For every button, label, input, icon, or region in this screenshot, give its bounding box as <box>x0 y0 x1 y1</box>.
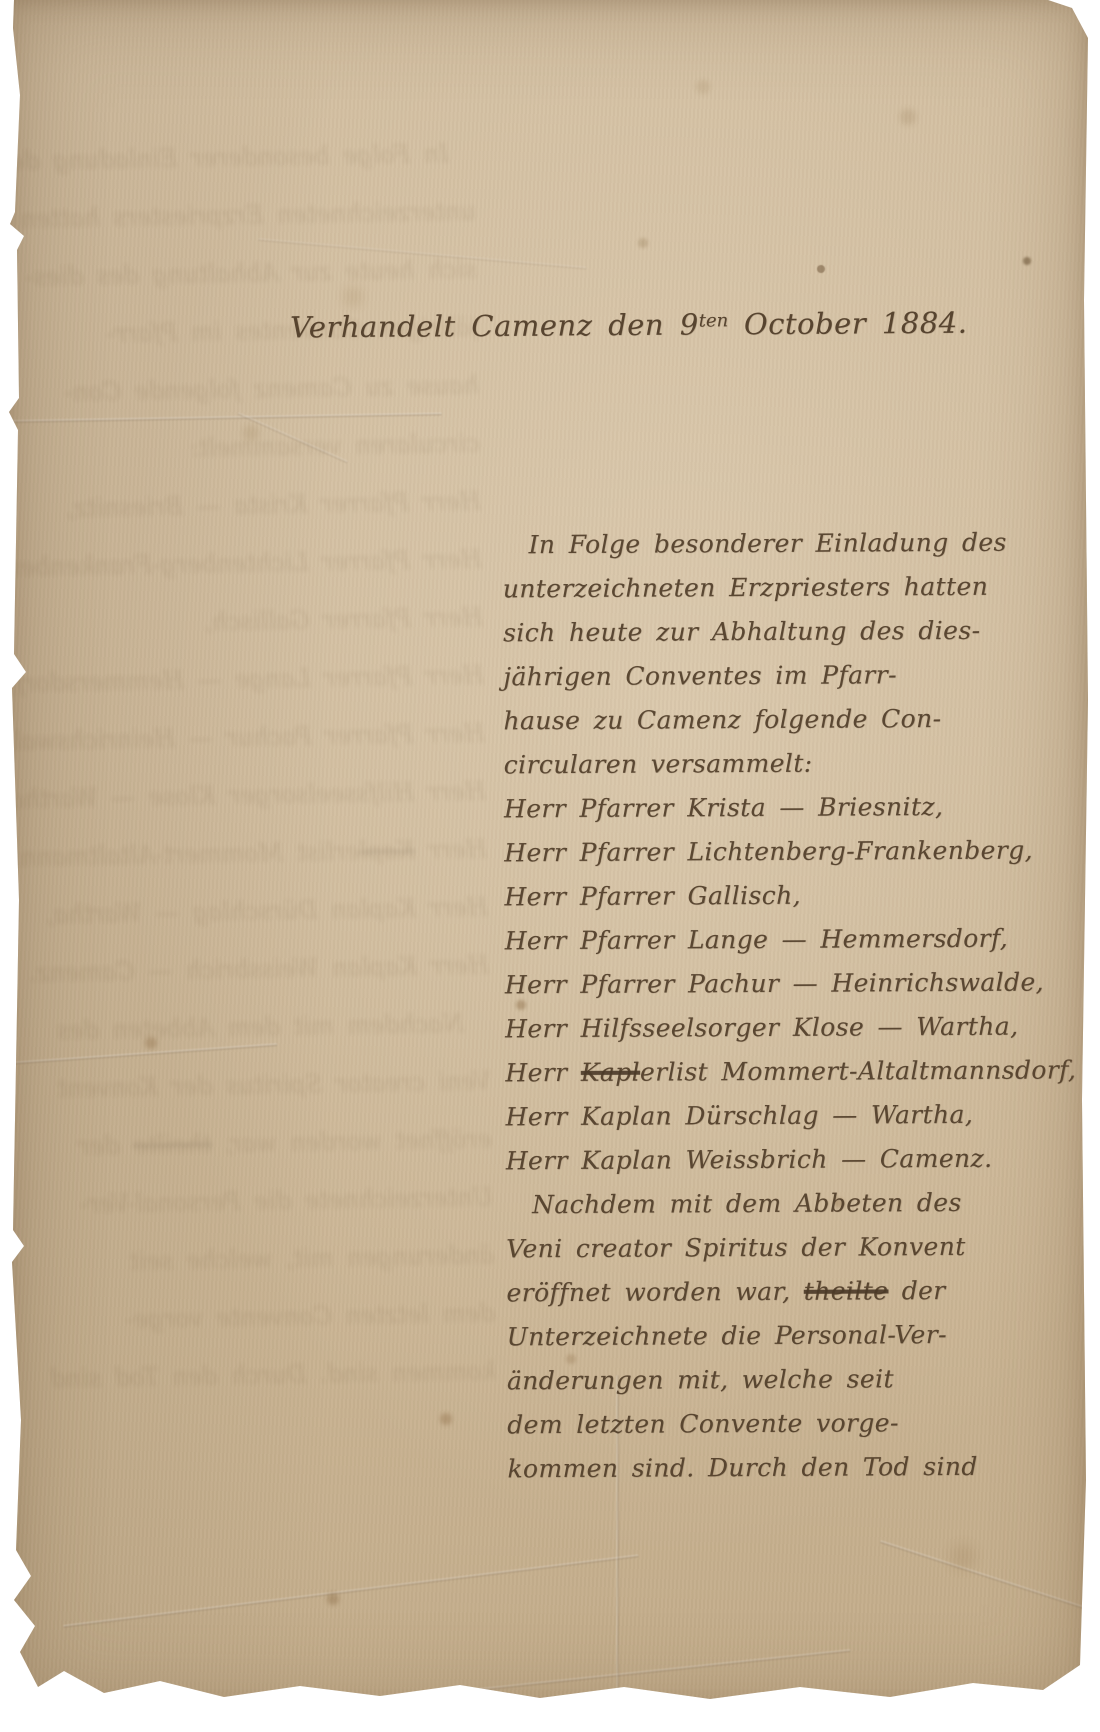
line-text: In Folge besonderer Einladung des <box>4 139 449 175</box>
line-text: sich heute zur Abhaltung des dies- <box>503 616 980 647</box>
text-line: dem letzten Convente vorge- <box>25 1284 496 1350</box>
text-line: Herr Pfarrer Lange — Hemmersdorf, <box>505 917 1010 964</box>
line-text: Herr Hilfsseelsorger Klose — Wartha, <box>4 777 486 813</box>
line-text: Herr <box>415 835 487 864</box>
line-text: erlist Mommert-Altaltmannsdorf, <box>640 1055 1076 1086</box>
fold-crease <box>423 1649 851 1697</box>
line-text: kommen sind. Durch den Tod sind <box>50 1357 496 1393</box>
foxing-stains <box>8 0 14 6</box>
line-text: Herr Kaplan Dürschlag — Wartha, <box>46 893 488 929</box>
line-text: Veni creator Spiritus der Konvent <box>58 1067 492 1103</box>
line-text: Herr Pfarrer Gallisch, <box>204 603 483 636</box>
strikethrough-text: Kapl <box>581 1058 640 1087</box>
text-line: Nachdem mit dem Abbeten des <box>19 994 490 1060</box>
text-line: Veni creator Spiritus der Konvent <box>506 1225 1011 1272</box>
line-text: eröffnet worden war, <box>212 1125 493 1158</box>
line-text: sich heute zur Abhaltung des dies- <box>25 255 477 291</box>
text-line: änderungen mit, welche seit <box>507 1357 1012 1404</box>
text-line: Herr Kaplan Dürschlag — Wartha, <box>17 878 488 944</box>
line-text: Herr Pfarrer Lichtenberg-Frankenberg, <box>4 545 482 582</box>
line-text: kommen sind. Durch den Tod sind <box>507 1452 977 1483</box>
text-line: circularen versammelt: <box>504 741 1009 788</box>
line-text: Unterzeichnete die Personal-Ver- <box>80 1183 493 1218</box>
text-line: Herr Pfarrer Gallisch, <box>504 873 1009 920</box>
scan-background: In Folge besonderer Einladung des unterz… <box>0 0 1100 1732</box>
line-text: änderungen mit, welche seit <box>129 1241 494 1275</box>
line-text: Herr Pfarrer Pachur — Heinrichswalde, <box>505 967 1044 999</box>
dateline: Verhandelt Camenz den 9ten October 1884. <box>290 306 968 345</box>
line-text: dem letzten Convente vorge- <box>507 1408 899 1439</box>
text-line: Herr Pfarrer Lange — Hemmersdorf, <box>13 646 484 712</box>
text-line: Herr Pfarrer Lichtenberg-Frankenberg, <box>504 829 1009 876</box>
text-line: Unterzeichnete die Personal-Ver- <box>507 1313 1012 1360</box>
line-text: Herr Pfarrer Lange — Hemmersdorf, <box>8 661 484 697</box>
text-line: Herr Hilfsseelsorger Klose — Wartha, <box>15 762 486 828</box>
text-line: Herr Kaplerlist Mommert-Altaltmannsdorf, <box>16 820 487 886</box>
text-line: Unterzeichnete die Personal-Ver- <box>23 1168 494 1234</box>
line-text: Unterzeichnete die Personal-Ver- <box>507 1320 947 1351</box>
line-text: In Folge besonderer Einladung des <box>529 528 1007 560</box>
text-line: Herr Pfarrer Lichtenberg-Frankenberg, <box>11 530 482 596</box>
text-line: Herr Hilfsseelsorger Klose — Wartha, <box>505 1005 1010 1052</box>
line-text: der <box>888 1276 945 1305</box>
line-text: jährigen Conventes im Pfarr- <box>503 660 897 691</box>
line-text: circularen versammelt: <box>504 749 813 780</box>
line-text: Nachdem mit dem Abbeten des <box>57 1009 464 1044</box>
line-text: hause zu Camenz folgende Con- <box>65 371 480 406</box>
line-text: Herr Pfarrer Gallisch, <box>504 881 801 912</box>
line-text: Herr Pfarrer Krista — Briesnitz, <box>66 487 481 522</box>
text-line: In Folge besonderer Einladung des <box>502 521 1007 568</box>
text-line: Herr Pfarrer Krista — Briesnitz, <box>10 472 481 538</box>
line-text: Veni creator Spiritus der Konvent <box>506 1232 966 1263</box>
text-line: kommen sind. Durch den Tod sind <box>26 1342 497 1408</box>
text-line: dem letzten Convente vorge- <box>507 1401 1012 1448</box>
line-text: Herr Pfarrer Lange — Hemmersdorf, <box>505 924 1009 956</box>
line-text: Herr Kaplan Dürschlag — Wartha, <box>506 1100 974 1131</box>
line-text: Herr Kaplan Weissbrich — Camenz. <box>29 951 489 987</box>
body-text-block: In Folge besonderer Einladung des unterz… <box>502 521 1012 1492</box>
text-line: eröffnet worden war, theilte der <box>22 1110 493 1176</box>
line-text: änderungen mit, welche seit <box>507 1364 894 1395</box>
dateline-superscript: ten <box>699 310 729 331</box>
text-line: Herr Pfarrer Pachur — Heinrichswalde, <box>505 961 1010 1008</box>
line-text: dem letzten Convente vorge- <box>126 1299 496 1333</box>
text-line: änderungen mit, welche seit <box>24 1226 495 1292</box>
strikethrough-text: theilte <box>804 1276 889 1305</box>
text-line: hause zu Camenz folgende Con- <box>503 697 1008 744</box>
manuscript-page: In Folge besonderer Einladung des unterz… <box>8 0 1088 1712</box>
text-line: Nachdem mit dem Abbeten des <box>506 1181 1011 1228</box>
strikethrough-text: theilte <box>133 1130 212 1159</box>
text-line: Herr Kaplan Weissbrich — Camenz. <box>18 936 489 1002</box>
text-line: Herr Pfarrer Krista — Briesnitz, <box>504 785 1009 832</box>
text-line: In Folge besonderer Einladung des <box>4 124 475 190</box>
line-text: unterzeichneten Erzpriesters hatten <box>21 197 476 233</box>
strikethrough-text: Kapl <box>360 836 416 865</box>
text-line: Herr Kaplerlist Mommert-Altaltmannsdorf, <box>505 1049 1010 1096</box>
text-line: Veni creator Spiritus der Konvent <box>20 1052 491 1118</box>
text-line: Herr Pfarrer Pachur — Heinrichswalde, <box>14 704 485 770</box>
line-text: Herr Kaplan Weissbrich — Camenz. <box>506 1144 993 1176</box>
text-line: kommen sind. Durch den Tod sind <box>507 1445 1012 1492</box>
line-text: Herr <box>505 1058 581 1087</box>
line-text: hause zu Camenz folgende Con- <box>503 704 941 735</box>
line-text: Nachdem mit dem Abbeten des <box>532 1188 962 1219</box>
text-line: jährigen Conventes im Pfarr- <box>503 653 1008 700</box>
line-text: eröffnet worden war, <box>506 1277 803 1308</box>
dateline-text: Verhandelt Camenz den 9 <box>290 308 699 345</box>
text-line: unterzeichneten Erzpriesters hatten <box>5 182 476 248</box>
line-text: Herr Pfarrer Krista — Briesnitz, <box>504 792 943 823</box>
text-line: Herr Kaplan Dürschlag — Wartha, <box>505 1093 1010 1140</box>
text-line: Herr Pfarrer Gallisch, <box>12 588 483 654</box>
text-line: circularen versammelt: <box>9 414 480 480</box>
dateline-text: October 1884. <box>728 306 967 342</box>
text-line: Herr Kaplan Weissbrich — Camenz. <box>506 1137 1011 1184</box>
text-line: unterzeichneten Erzpriesters hatten <box>503 565 1008 612</box>
fold-crease <box>63 1554 639 1628</box>
line-text: unterzeichneten Erzpriesters hatten <box>503 572 989 604</box>
text-line: eröffnet worden war, theilte der <box>506 1269 1011 1316</box>
line-text: Herr Hilfsseelsorger Klose — Wartha, <box>505 1012 1018 1044</box>
text-line: sich heute zur Abhaltung des dies- <box>6 240 477 306</box>
line-text: der <box>78 1131 133 1160</box>
text-line: sich heute zur Abhaltung des dies- <box>503 609 1008 656</box>
line-text: Herr Pfarrer Pachur — Heinrichswalde, <box>4 719 485 756</box>
line-text: erlist Mommert-Altaltmannsdorf, <box>4 837 360 872</box>
fold-crease <box>880 1540 1100 1617</box>
line-text: Herr Pfarrer Lichtenberg-Frankenberg, <box>504 836 1033 868</box>
